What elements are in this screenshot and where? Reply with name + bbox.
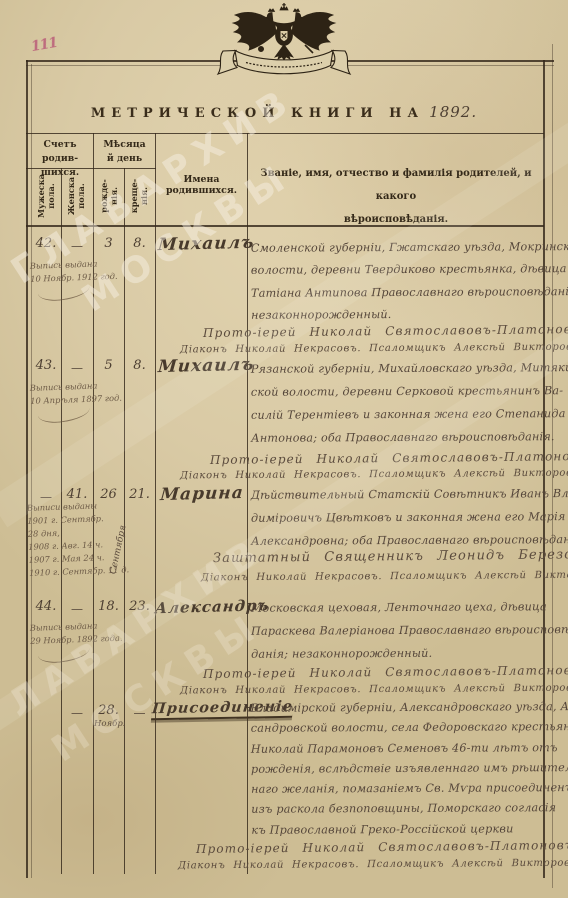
header-birth-column: рожде- нія.	[93, 167, 124, 224]
male-count: 44.	[31, 599, 61, 614]
clergy-signature-deacon: Діаконъ Николай Некрасовъ. Псаломщикъ Ал…	[201, 570, 568, 584]
event-day: 28.	[93, 703, 124, 718]
child-name: Михаилъ	[157, 355, 247, 377]
baptism-day: 8.	[124, 358, 155, 373]
header-names-column: Имена родившихся.	[157, 174, 246, 196]
parents-record: Московская цеховая, Ленточнаго цеха, дѣв…	[251, 600, 544, 671]
page-title: МЕТРИЧЕСКОЙ КНИГИ НА 1892.	[0, 102, 568, 121]
banner-ribbon-icon	[216, 46, 352, 79]
title-printed: МЕТРИЧЕСКОЙ КНИГИ НА	[91, 106, 424, 121]
event-month-note: Ноябр:	[94, 719, 125, 729]
clergy-signature-priest: Прото-іерей Николай Святославовъ-Платоно…	[203, 322, 568, 340]
parents-record: Смоленской губерніи, Гжатскаго уѣзда, Мо…	[251, 240, 544, 331]
header-month-group: Мѣсяца й день	[94, 138, 155, 166]
header-female-column: Женска пола.	[61, 167, 92, 224]
conversion-record: Владимірской губерніи, Александровскаго …	[251, 700, 545, 844]
male-count: 43.	[31, 358, 61, 373]
baptism-day: 8.	[124, 236, 155, 251]
margin-note: Выпись выдана 29 Ноябр. 1892 года.	[30, 618, 137, 648]
header-parents-column: Званіе, имя, отчество и фамилія родителе…	[250, 162, 542, 231]
metrical-book-page: 111	[0, 0, 568, 898]
margin-note: Выписи выданы 1901 г. Сентябр. 28 дня, 1…	[27, 498, 136, 580]
pen-flourish	[37, 405, 90, 425]
baptism-day: 23.	[124, 599, 155, 614]
margin-note: Выпись выдана 10 Ноябр. 1912 год.	[30, 256, 137, 286]
clergy-signature-deacon: Діаконъ Николай Некрасовъ. Псаломщикъ Ал…	[178, 858, 568, 872]
female-count: —	[61, 706, 93, 720]
male-count: 42.	[31, 236, 61, 251]
female-count: —	[61, 361, 93, 375]
frame-left-outer	[26, 60, 28, 878]
child-name: Александръ	[154, 597, 247, 617]
header-male-column: Мужеска пола.	[30, 167, 61, 224]
header-baptism-column: креще- нія.	[124, 167, 155, 224]
folio-number: 111	[30, 35, 59, 55]
child-name: Марина	[157, 483, 247, 505]
pen-flourish	[37, 283, 90, 303]
clergy-signature-priest: Прото-іерей Николай Святославовъ-Платоно…	[203, 663, 568, 681]
table-top-line	[26, 133, 544, 134]
parents-record: Рязанской губерніи, Михайловскаго уѣзда,…	[251, 361, 544, 455]
clergy-signature-deacon: Діаконъ Николай Некрасовъ. Псаломщикъ Ал…	[180, 342, 568, 356]
female-count: —	[61, 602, 93, 616]
clergy-signature-deacon: Діаконъ Николай Некрасовъ. Псаломщикъ Ал…	[180, 683, 568, 697]
child-name: Михаилъ	[157, 233, 247, 255]
clergy-signature-priest: Заштатный Священникъ Леонидъ Березовскій	[213, 547, 568, 566]
birth-day: 5	[93, 358, 124, 373]
birth-day: 3	[93, 236, 124, 251]
clergy-signature-priest: Прото-іерей Николай Святославовъ-Платоно…	[210, 449, 568, 467]
margin-note: Выпись выдана 10 Апрѣля 1897 год.	[30, 378, 137, 408]
pen-flourish	[37, 645, 90, 665]
clergy-signature-deacon: Діаконъ Николай Некрасовъ. Псаломщикъ Ал…	[180, 468, 568, 482]
col-line-month-names	[155, 133, 156, 874]
birth-day: 18.	[93, 599, 124, 614]
clergy-signature-priest: Прото-іерей Николай Святославовъ-Платоно…	[196, 838, 568, 856]
female-count: —	[61, 239, 93, 253]
title-year-handwritten: 1892.	[429, 103, 477, 121]
